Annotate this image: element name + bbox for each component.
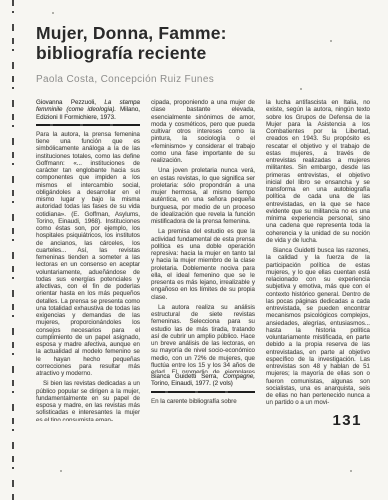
article-body: Giovanna Pezzuoli, La stampa femminile (…	[36, 99, 370, 421]
citation-author: Giovanna Pezzuoli,	[36, 99, 96, 106]
paragraph: Si bien las revistas dedicadas a un públ…	[36, 380, 140, 421]
scan-artifact	[350, 470, 352, 472]
scan-artifact	[52, 12, 54, 14]
paragraph: la lucha antifascista en Italia, no exis…	[266, 99, 370, 244]
page-title: Mujer, Donna, Famme:bibliografía recient…	[36, 24, 366, 63]
column-1-text: Para la autora, la prensa femenina tiene…	[36, 131, 140, 421]
citation-divider	[36, 124, 140, 126]
journal-page: Mujer, Donna, Famme:bibliografía recient…	[0, 0, 388, 500]
scan-artifact	[60, 470, 62, 472]
paragraph: En la carente bibliografía sobre	[151, 398, 255, 405]
citation-publisher: Torino, Einaudi, 1977. (2 vols)	[151, 380, 233, 387]
citation-divider	[151, 391, 255, 393]
column-3: la lucha antifascista en Italia, no exis…	[266, 99, 370, 421]
citation-book-title: Compagne,	[223, 373, 255, 380]
column-2-text: cipada, proponiendo a una mujer de clase…	[151, 99, 255, 373]
column-2: cipada, proponiendo a una mujer de clase…	[151, 99, 255, 421]
paragraph: Bianca Guidetti busca las razones, la ca…	[266, 247, 370, 407]
column-3-text: la lucha antifascista en Italia, no exis…	[266, 99, 370, 419]
column-1: Giovanna Pezzuoli, La stampa femminile (…	[36, 99, 140, 421]
scan-artifact	[300, 88, 302, 90]
citation-pezzuoli: Giovanna Pezzuoli, La stampa femminile (…	[36, 99, 140, 121]
scan-artifact-binding-edge	[12, 0, 14, 500]
authors: Paola Costa, Concepción Ruiz Funes	[36, 74, 366, 85]
page-title-line2: bibliografía reciente	[36, 43, 207, 63]
article-header: Mujer, Donna, Famme:bibliografía recient…	[36, 24, 366, 85]
paragraph: cipada, proponiendo a una mujer de clase…	[151, 99, 255, 164]
paragraph: Para la autora, la prensa femenina tiene…	[36, 131, 140, 378]
citation-guidetti: Bianca Guidetti Serra, Compagne, Torino,…	[151, 373, 255, 388]
paragraph: La autora realiza su análisis estructura…	[151, 304, 255, 373]
paragraph: La premisa del estudio es que la activid…	[151, 228, 255, 301]
paragraph: Una joven proletaria nunca verá, en esta…	[151, 167, 255, 225]
page-title-line1: Mujer, Donna, Famme:	[36, 23, 227, 43]
page-number: 131	[332, 412, 362, 429]
citation-author: Bianca Guidetti Serra,	[151, 373, 218, 380]
